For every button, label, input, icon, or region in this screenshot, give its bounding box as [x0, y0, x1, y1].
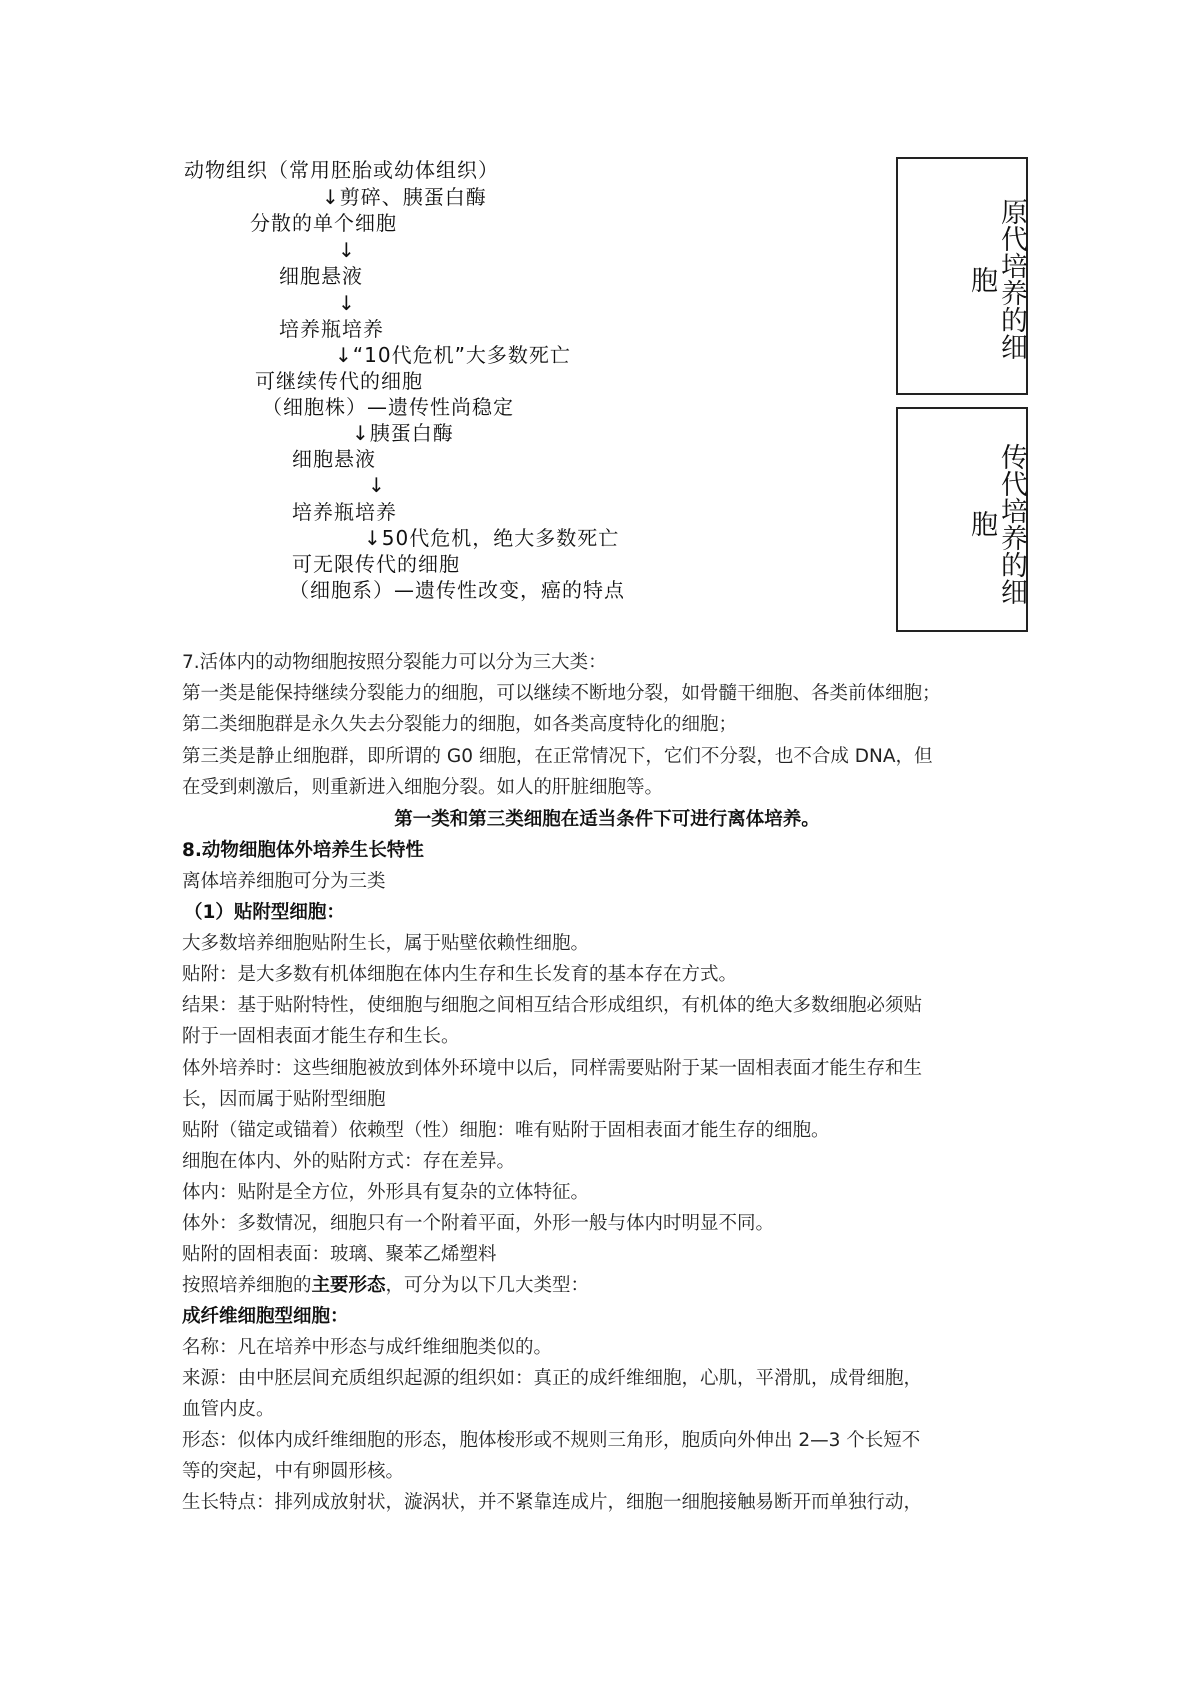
morphology-bold: 主要形态 — [312, 1275, 386, 1296]
section8-line: 附于一固相表面才能生存和生长。 — [182, 1024, 460, 1050]
morphology-line: 按照培养细胞的主要形态，可分为以下几大类型： — [182, 1273, 589, 1299]
fibroblast-title: 成纤维细胞型细胞： — [182, 1304, 349, 1330]
section8-line: 贴附（锚定或锚着）依赖型（性）细胞：唯有贴附于固相表面才能生存的细胞。 — [182, 1118, 830, 1144]
document-body: 7.活体内的动物细胞按照分裂能力可以分为三大类： 第一类是能保持继续分裂能力的细… — [182, 0, 1032, 1697]
section8-line: 大多数培养细胞贴附生长，属于贴壁依赖性细胞。 — [182, 931, 589, 957]
section7-line: 第二类细胞群是永久失去分裂能力的细胞，如各类高度特化的细胞； — [182, 712, 737, 738]
adherent-cells-title: （1）贴附型细胞： — [184, 900, 345, 926]
fibroblast-line: 名称：凡在培养中形态与成纤维细胞类似的。 — [182, 1335, 552, 1361]
fibroblast-line: 等的突起，中有卵圆形核。 — [182, 1459, 404, 1485]
section7-heading: 7.活体内的动物细胞按照分裂能力可以分为三大类： — [182, 650, 607, 676]
section7-line: 第一类是能保持继续分裂能力的细胞，可以继续不断地分裂，如骨髓干细胞、各类前体细胞… — [182, 681, 941, 707]
section7-conclusion: 第一类和第三类细胞在适当条件下可进行离体培养。 — [182, 807, 1032, 833]
section8-heading: 8.动物细胞体外培养生长特性 — [182, 838, 424, 864]
section8-line: 细胞在体内、外的贴附方式：存在差异。 — [182, 1149, 515, 1175]
morphology-post: ，可分为以下几大类型： — [386, 1275, 590, 1296]
section7-line: 在受到刺激后，则重新进入细胞分裂。如人的肝脏细胞等。 — [182, 775, 663, 801]
fibroblast-line: 血管内皮。 — [182, 1397, 275, 1423]
fibroblast-line: 生长特点：排列成放射状，漩涡状，并不紧靠连成片，细胞一细胞接触易断开而单独行动， — [182, 1490, 922, 1516]
section8-line: 结果：基于贴附特性，使细胞与细胞之间相互结合形成组织，有机体的绝大多数细胞必须贴 — [182, 993, 922, 1019]
section8-line: 贴附：是大多数有机体细胞在体内生存和生长发育的基本存在方式。 — [182, 962, 737, 988]
section7-line: 第三类是静止细胞群，即所谓的 G0 细胞，在正常情况下，它们不分裂，也不合成 D… — [182, 744, 933, 770]
fibroblast-line: 来源：由中胚层间充质组织起源的组织如：真正的成纤维细胞，心肌，平滑肌，成骨细胞， — [182, 1366, 922, 1392]
section8-line: 贴附的固相表面：玻璃、聚苯乙烯塑料 — [182, 1242, 497, 1268]
section8-line: 体外：多数情况，细胞只有一个附着平面，外形一般与体内时明显不同。 — [182, 1211, 774, 1237]
section8-line: 长，因而属于贴附型细胞 — [182, 1087, 386, 1113]
section8-line: 体外培养时：这些细胞被放到体外环境中以后，同样需要贴附于某一固相表面才能生存和生 — [182, 1056, 922, 1082]
section8-intro: 离体培养细胞可分为三类 — [182, 869, 386, 895]
fibroblast-line: 形态：似体内成纤维细胞的形态，胞体梭形或不规则三角形，胞质向外伸出 2—3 个长… — [182, 1428, 920, 1454]
morphology-pre: 按照培养细胞的 — [182, 1275, 312, 1296]
section8-line: 体内：贴附是全方位，外形具有复杂的立体特征。 — [182, 1180, 589, 1206]
